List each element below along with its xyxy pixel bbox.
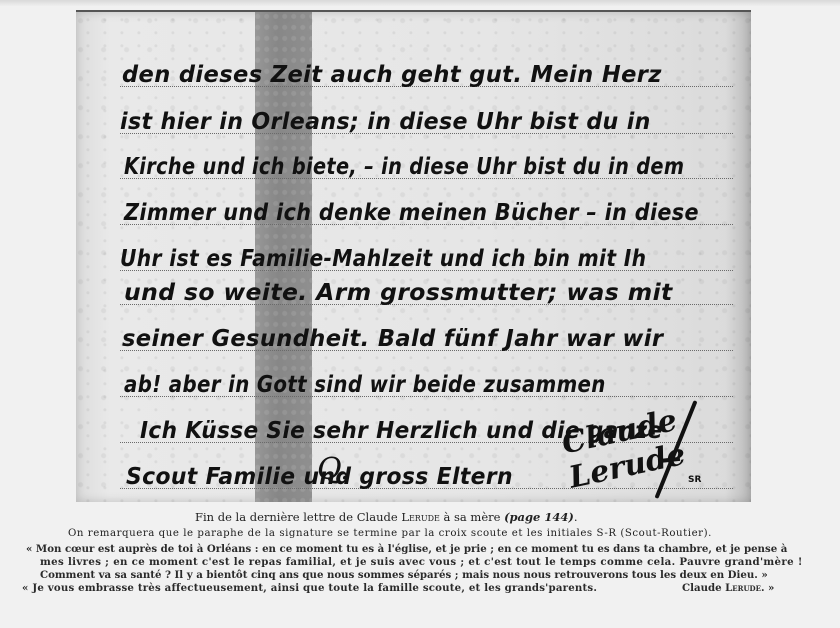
letter-line: ist hier in Orleans; in diese Uhr bist d… xyxy=(120,99,733,134)
translation-signature: Claude Lerude. » xyxy=(682,582,774,594)
letter-line: Kirche und ich biete, – in diese Uhr bis… xyxy=(120,144,733,179)
letter-line: seiner Gesundheit. Bald fünf Jahr war wi… xyxy=(120,316,733,351)
page-reference: (page 144) xyxy=(504,510,574,524)
signature-initials: SR xyxy=(688,475,701,485)
translation-line: Comment va sa santé ? Il y a bientôt cin… xyxy=(40,569,768,581)
translation-line: mes livres ; en ce moment c'est le repas… xyxy=(40,556,803,568)
translation-line: « Mon cœur est auprès de toi à Orléans :… xyxy=(26,543,787,555)
margin-mark: Q. xyxy=(317,452,350,487)
letter-line: den dieses Zeit auch geht gut. Mein Herz xyxy=(120,52,733,87)
letter-photograph: den dieses Zeit auch geht gut. Mein Herz… xyxy=(76,10,751,502)
page-top-edge xyxy=(0,0,840,6)
letter-line: und so weite. Arm grossmutter; was mit xyxy=(120,270,733,305)
letter-line: Uhr ist es Familie-Mahlzeit und ich bin … xyxy=(120,236,733,271)
caption-note: On remarquera que le paraphe de la signa… xyxy=(68,528,712,539)
letter-line: Zimmer und ich denke meinen Bücher – in … xyxy=(120,190,733,225)
translation-line: « Je vous embrasse très affectueusement,… xyxy=(22,582,597,594)
author-name: Lerude xyxy=(401,510,440,524)
letter-line: ab! aber in Gott sind wir beide zusammen xyxy=(120,362,733,397)
caption-title: Fin de la dernière lettre de Claude Leru… xyxy=(195,510,577,524)
